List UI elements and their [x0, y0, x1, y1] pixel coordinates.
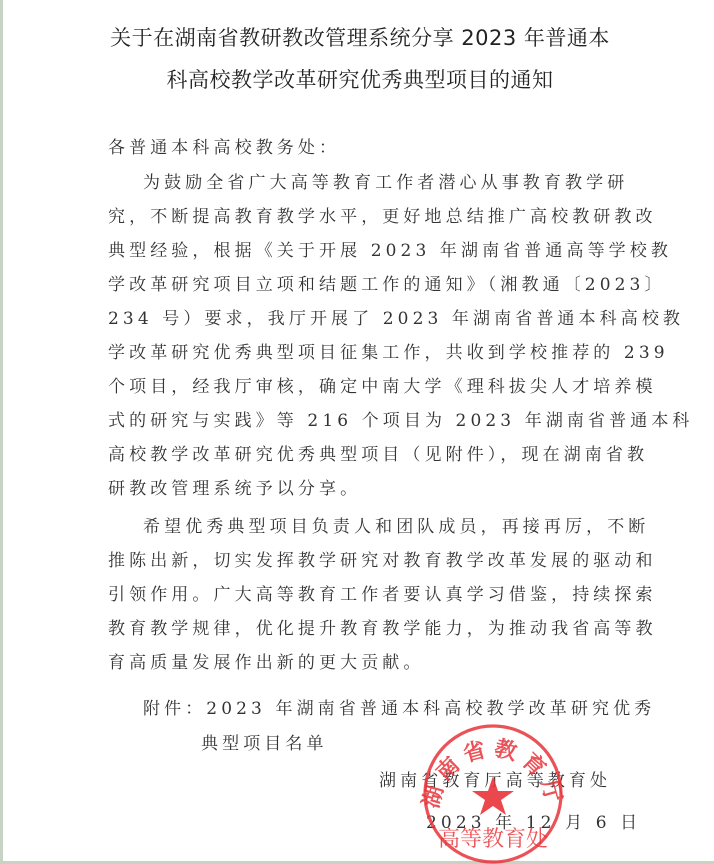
official-seal-stamp: 湖南省教育厅 高等教育处	[418, 718, 568, 864]
paragraph-line: 个项目，经我厅审核，确定中南大学《理科拔尖人才培养模	[108, 372, 657, 397]
paragraph-line: 希望优秀典型项目负责人和团队成员，再接再厉，不断	[143, 512, 649, 537]
attachment-line: 典型项目名单	[201, 729, 328, 754]
document-title-line-1: 关于在湖南省教研教改管理系统分享 2023 年普通本	[3, 22, 714, 52]
paragraph-line: 234 号）要求，我厅开展了 2023 年湖南省普通本科高校教	[108, 304, 684, 329]
paragraph-line: 学改革研究优秀典型项目征集工作，共收到学校推荐的 239	[108, 338, 669, 363]
paragraph-line: 研教改管理系统予以分享。	[108, 474, 361, 499]
document-page: 关于在湖南省教研教改管理系统分享 2023 年普通本 科高校教学改革研究优秀典型…	[0, 0, 714, 864]
paragraph-line: 式的研究与实践》等 216 个项目为 2023 年湖南省普通本科	[108, 406, 694, 431]
paragraph-line: 为鼓励全省广大高等教育工作者潜心从事教育教学研	[143, 168, 628, 193]
paragraph-line: 推陈出新，切实发挥教学研究对教育教学改革发展的驱动和	[108, 546, 657, 571]
attachment-line: 附件：2023 年湖南省普通本科高校教学改革研究优秀	[143, 694, 655, 719]
paragraph-line: 究，不断提高教育教学水平，更好地总结推广高校教研教改	[108, 202, 657, 227]
signature: 湖南省教育厅高等教育处	[379, 766, 611, 791]
document-date: 2023 年 12 月 6 日	[426, 808, 641, 833]
paragraph-line: 教育教学规律，优化提升教育教学能力，为推动我省高等教	[108, 614, 657, 639]
paragraph-line: 高校教学改革研究优秀典型项目（见附件），现在湖南省教	[108, 440, 648, 465]
paragraph-line: 学改革研究项目立项和结题工作的通知》（湘教通〔2023〕	[108, 270, 666, 295]
document-title-line-2: 科高校教学改革研究优秀典型项目的通知	[3, 64, 714, 94]
paragraph-line: 典型经验，根据《关于开展 2023 年湖南省普通高等学校教	[108, 236, 672, 261]
paragraph-line: 引领作用。广大高等教育工作者要认真学习借鉴，持续探索	[108, 580, 657, 605]
paragraph-line: 育高质量发展作出新的更大贡献。	[108, 648, 425, 673]
salutation: 各普通本科高校教务处：	[108, 133, 340, 158]
